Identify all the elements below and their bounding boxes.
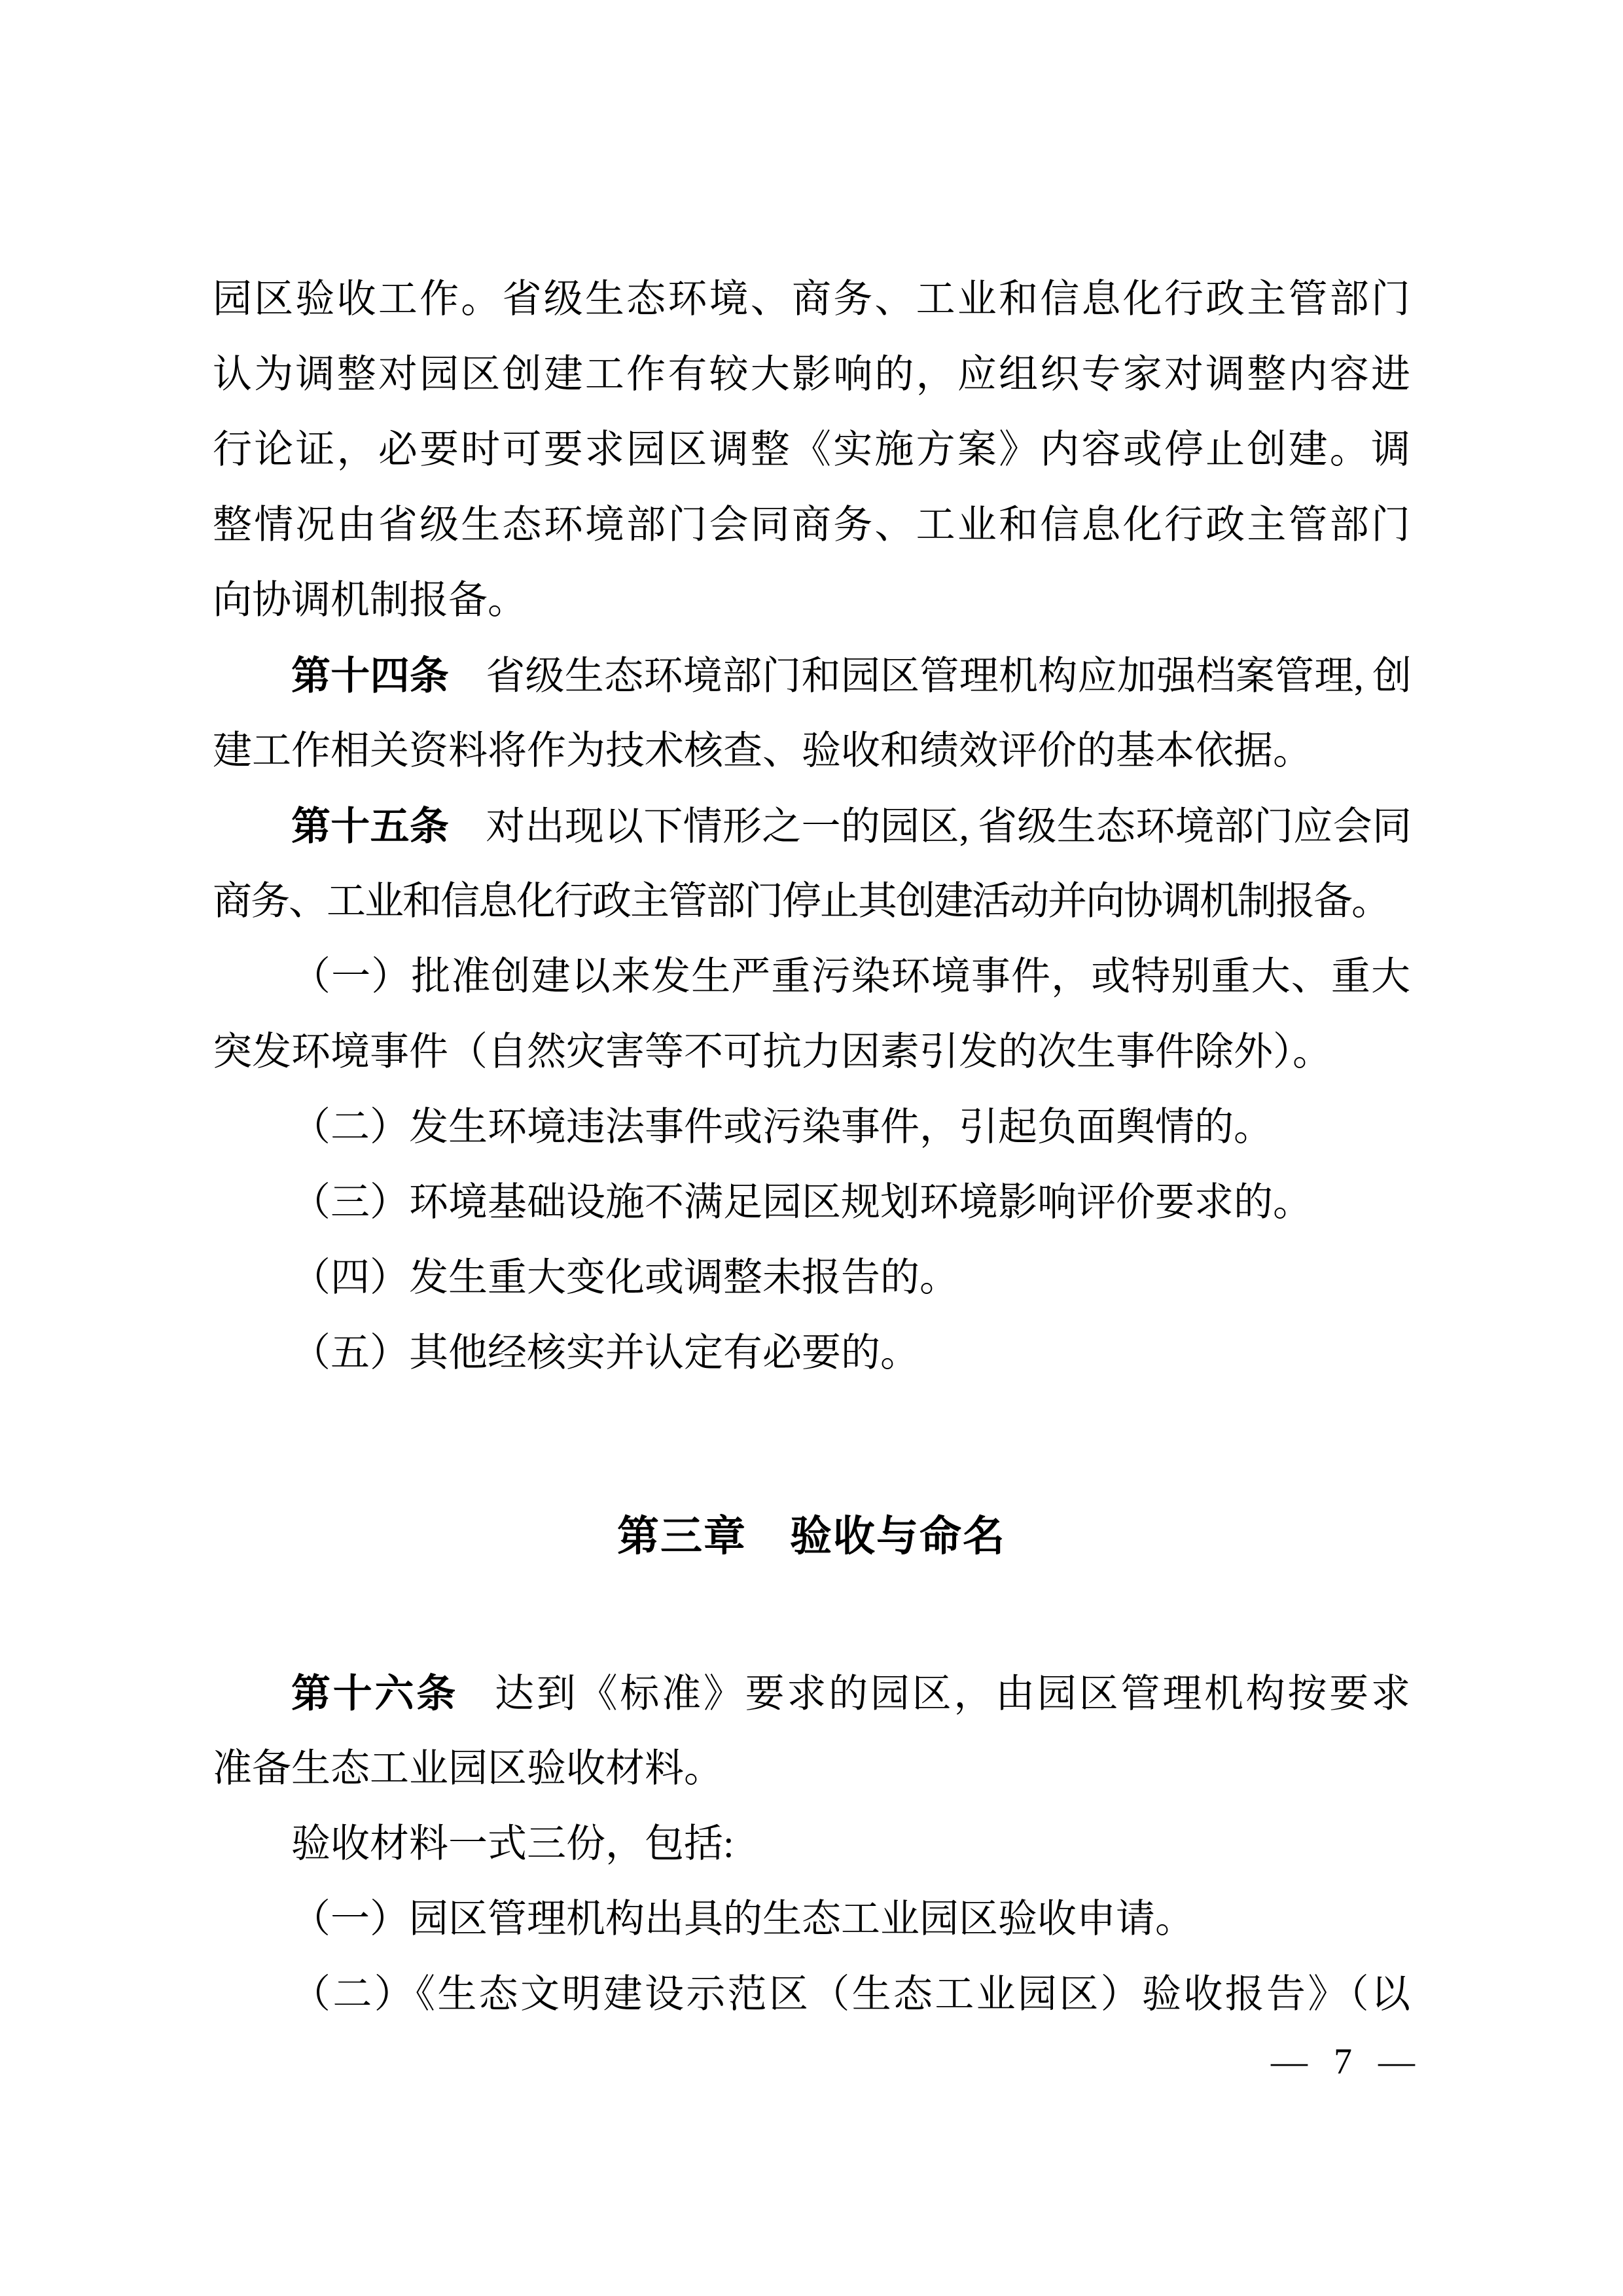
document-line: 行论证，必要时可要求园区调整《实施方案》内容或停止创建。调 — [213, 412, 1410, 488]
document-line: 验收材料一式三份，包括: — [213, 1806, 1410, 1882]
document-line: 突发环境事件（自然灾害等不可抗力因素引发的次生事件除外）。 — [213, 1014, 1410, 1090]
document-line-item-3: （三）环境基础设施不满足园区规划环境影响评价要求的。 — [213, 1165, 1410, 1240]
document-line-article-16: 第十六条达到《标准》要求的园区，由园区管理机构按要求 — [213, 1656, 1410, 1731]
document-line: 向协调机制报备。 — [213, 563, 1410, 638]
document-line: 认为调整对园区创建工作有较大影响的，应组织专家对调整内容进 — [213, 337, 1410, 412]
document-line-item-2b: （二）《生态文明建设示范区（生态工业园区）验收报告》（以 — [213, 1957, 1410, 2032]
article-text: 对出现以下情形之一的园区, 省级生态环境部门应会同 — [486, 805, 1410, 848]
document-line-item-4: （四）发生重大变化或调整未报告的。 — [213, 1240, 1410, 1316]
document-line-item-1b: （一）园区管理机构出具的生态工业园区验收申请。 — [213, 1882, 1410, 1957]
document-line-article-14: 第十四条省级生态环境部门和园区管理机构应加强档案管理, 创 — [213, 638, 1410, 713]
document-line: 准备生态工业园区验收材料。 — [213, 1731, 1410, 1806]
chapter-heading: 第三章 验收与命名 — [213, 1499, 1410, 1574]
document-line: 建工作相关资料将作为技术核查、验收和绩效评价的基本依据。 — [213, 713, 1410, 789]
document-line: 整情况由省级生态环境部门会同商务、工业和信息化行政主管部门 — [213, 488, 1410, 563]
article-text: 省级生态环境部门和园区管理机构应加强档案管理, 创 — [486, 655, 1410, 698]
document-line-article-15: 第十五条对出现以下情形之一的园区, 省级生态环境部门应会同 — [213, 789, 1410, 864]
document-line: 商务、工业和信息化行政主管部门停止其创建活动并向协调机制报备。 — [213, 864, 1410, 939]
article-number-label: 第十四条 — [291, 654, 449, 698]
document-line-item-1: （一）批准创建以来发生严重污染环境事件，或特别重大、重大 — [213, 939, 1410, 1014]
document-body: 园区验收工作。省级生态环境、商务、工业和信息化行政主管部门 认为调整对园区创建工… — [213, 262, 1410, 2032]
document-line-item-5: （五）其他经核实并认定有必要的。 — [213, 1316, 1410, 1391]
article-number-label: 第十五条 — [291, 804, 449, 848]
document-line-item-2: （二）发生环境违法事件或污染事件，引起负面舆情的。 — [213, 1090, 1410, 1165]
document-line: 园区验收工作。省级生态环境、商务、工业和信息化行政主管部门 — [213, 262, 1410, 337]
page-number: — 7 — — [1271, 2041, 1415, 2083]
document-page: 园区验收工作。省级生态环境、商务、工业和信息化行政主管部门 认为调整对园区创建工… — [0, 0, 1623, 2296]
article-number-label: 第十六条 — [291, 1672, 458, 1715]
article-text: 达到《标准》要求的园区，由园区管理机构按要求 — [495, 1672, 1410, 1715]
